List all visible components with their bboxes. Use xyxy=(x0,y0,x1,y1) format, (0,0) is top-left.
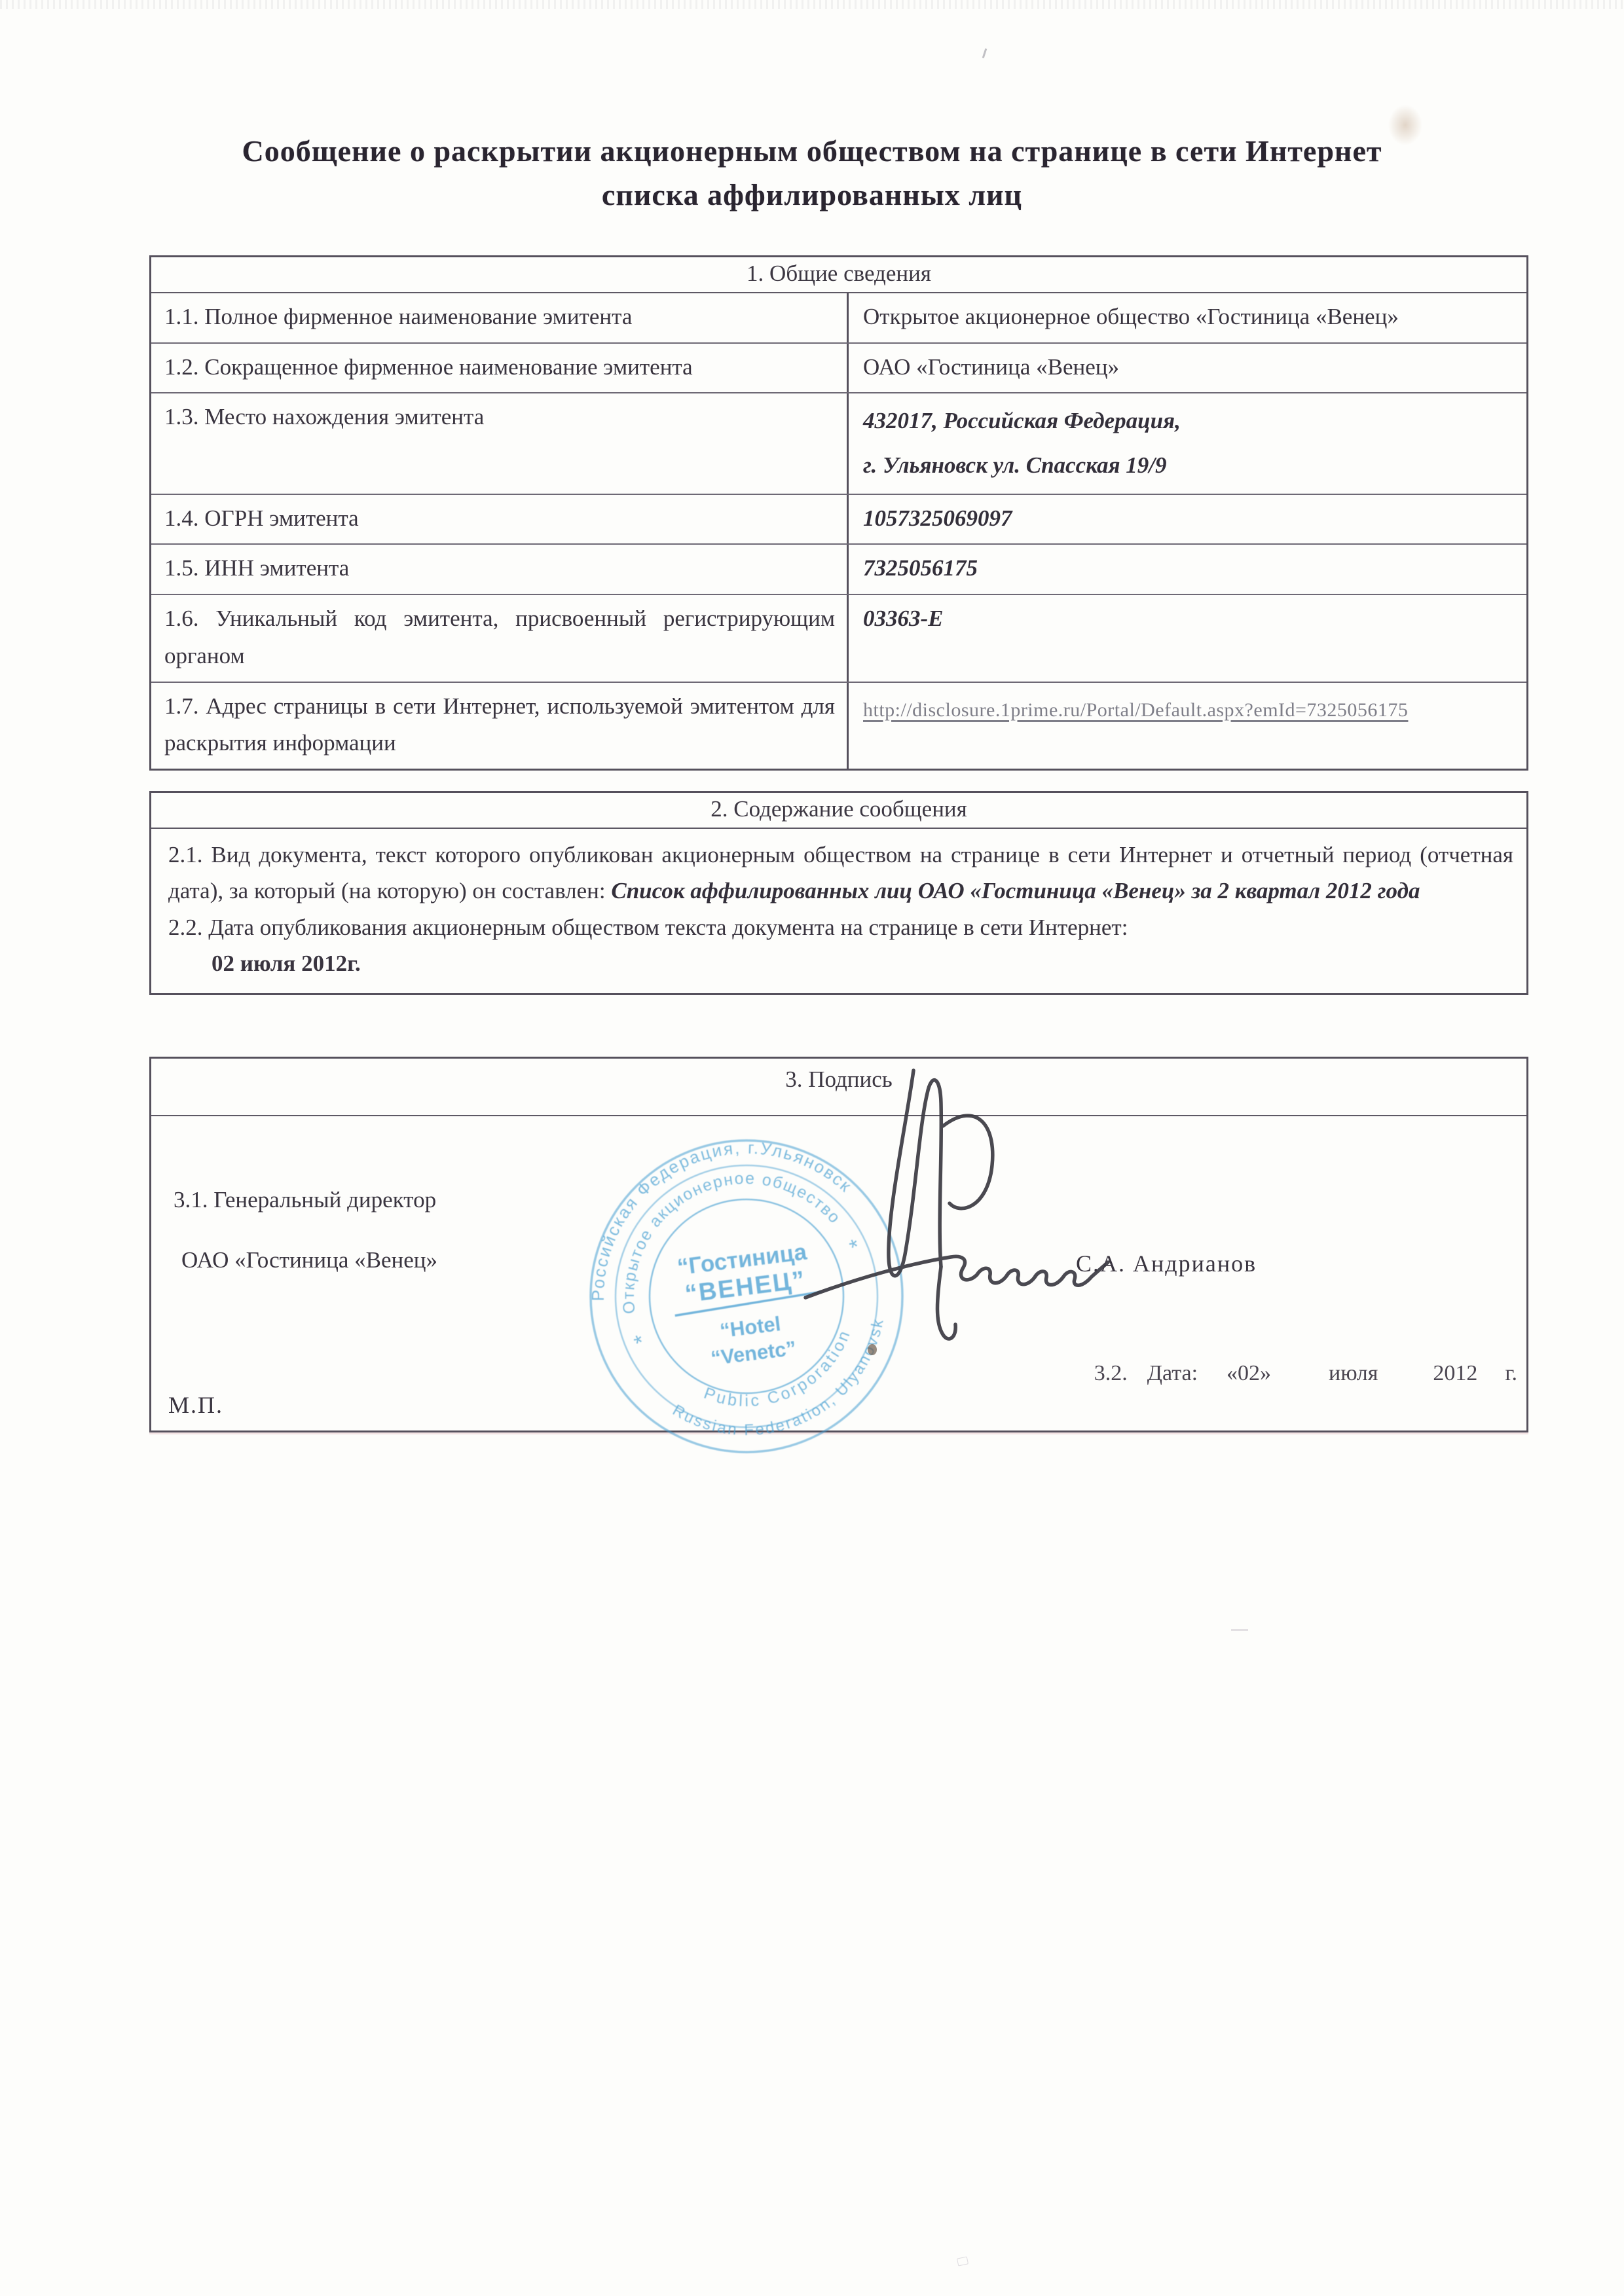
row-label: 1.7. Адрес страницы в сети Интернет, исп… xyxy=(151,683,847,769)
signature-date-line: 3.2. Дата: «02» июля 2012 г. xyxy=(1094,1361,1517,1386)
message-content-table: 2. Содержание сообщения 2.1. Вид докумен… xyxy=(149,791,1528,995)
table-row-full-name: 1.1. Полное фирменное наименование эмите… xyxy=(151,293,1526,344)
document-type-value: Список аффилированных лиц ОАО «Гостиница… xyxy=(611,878,1420,903)
row-label: 1.3. Место нахождения эмитента xyxy=(151,393,847,493)
row-value: 03363-E xyxy=(847,595,1526,681)
scan-smudge-artifact xyxy=(1388,105,1422,145)
table-row-inn: 1.5. ИНН эмитента 7325056175 xyxy=(151,545,1526,595)
table-row-ogrn: 1.4. ОГРН эмитента 1057325069097 xyxy=(151,495,1526,545)
message-content-header: 2. Содержание сообщения xyxy=(151,793,1526,829)
general-info-header: 1. Общие сведения xyxy=(151,257,1526,293)
date-item-number: 3.2. xyxy=(1094,1361,1128,1386)
table-row-disclosure-url: 1.7. Адрес страницы в сети Интернет, исп… xyxy=(151,683,1526,769)
row-value: Открытое акционерное общество «Гостиница… xyxy=(847,293,1526,342)
director-title: 3.1. Генеральный директор xyxy=(174,1187,436,1213)
table-row-issuer-code: 1.6. Уникальный код эмитента, присвоенны… xyxy=(151,595,1526,682)
row-label: 1.4. ОГРН эмитента xyxy=(151,495,847,544)
scan-speck-artifact xyxy=(868,1344,877,1355)
scan-tick-artifact xyxy=(982,48,987,58)
publication-date-value: 02 июля 2012г. xyxy=(168,945,1513,981)
date-year: 2012 xyxy=(1433,1361,1477,1386)
scan-dust-artifact xyxy=(1231,1629,1248,1631)
row-value: http://disclosure.1prime.ru/Portal/Defau… xyxy=(847,683,1526,769)
scan-dust-artifact xyxy=(957,2256,969,2266)
handwritten-signature xyxy=(760,1041,1113,1355)
document-title-line2: списка аффилированных лиц xyxy=(0,173,1624,217)
table-row-location: 1.3. Место нахождения эмитента 432017, Р… xyxy=(151,393,1526,494)
director-company: ОАО «Гостиница «Венец» xyxy=(181,1247,437,1273)
date-era: г. xyxy=(1505,1361,1517,1386)
row-value: 1057325069097 xyxy=(847,495,1526,544)
row-value: 7325056175 xyxy=(847,545,1526,594)
row-value: 432017, Российская Федерация, г. Ульянов… xyxy=(847,393,1526,493)
disclosure-url-link: http://disclosure.1prime.ru/Portal/Defau… xyxy=(863,699,1408,721)
date-label: Дата: xyxy=(1147,1361,1198,1386)
document-type-paragraph: 2.1. Вид документа, текст которого опубл… xyxy=(168,837,1513,909)
seal-star-left: * xyxy=(631,1330,650,1357)
row-label: 1.6. Уникальный код эмитента, присвоенны… xyxy=(151,595,847,681)
row-label: 1.2. Сокращенное фирменное наименование … xyxy=(151,344,847,393)
document-title-line1: Сообщение о раскрытии акционерным общест… xyxy=(0,130,1624,173)
table-row-short-name: 1.2. Сокращенное фирменное наименование … xyxy=(151,344,1526,394)
row-value: ОАО «Гостиница «Венец» xyxy=(847,344,1526,393)
general-info-table: 1. Общие сведения 1.1. Полное фирменное … xyxy=(149,255,1528,771)
stamp-place-mark: М.П. xyxy=(168,1391,223,1419)
row-label: 1.5. ИНН эмитента xyxy=(151,545,847,594)
scanned-document-page: Сообщение о раскрытии акционерным общест… xyxy=(0,0,1624,2296)
publication-date-paragraph: 2.2. Дата опубликования акционерным обще… xyxy=(168,909,1513,945)
message-content-body: 2.1. Вид документа, текст которого опубл… xyxy=(151,829,1526,993)
date-month: июля xyxy=(1329,1361,1378,1386)
document-title: Сообщение о раскрытии акционерным общест… xyxy=(0,130,1624,217)
row-label: 1.1. Полное фирменное наименование эмите… xyxy=(151,293,847,342)
date-day: «02» xyxy=(1227,1361,1271,1386)
